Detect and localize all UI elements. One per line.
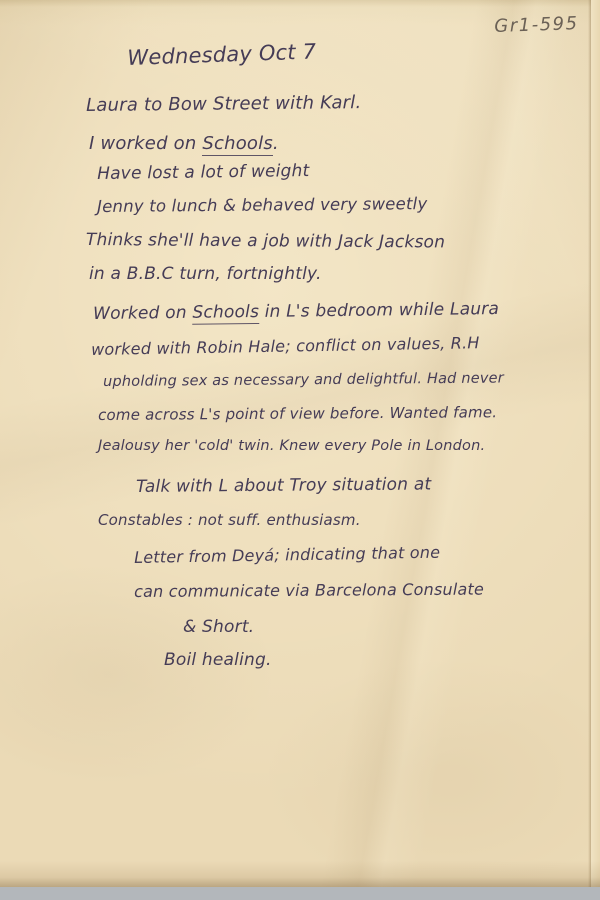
- scanned-diary-page: Gr1-595 Wednesday Oct 7 Laura to Bow Str…: [0, 0, 600, 900]
- scanner-bed-background: [0, 887, 600, 900]
- diary-line: come across L's point of view before. Wa…: [98, 403, 497, 424]
- underlined-word: Schools: [202, 133, 273, 156]
- diary-line: Letter from Deyá; indicating that one: [134, 543, 440, 567]
- diary-line: worked with Robin Hale; conflict on valu…: [91, 333, 480, 359]
- line-text: Worked on: [93, 303, 193, 324]
- paper-right-edge-strip: [591, 0, 600, 887]
- diary-line: in a B.B.C turn, fortnightly.: [89, 264, 322, 284]
- diary-line: Talk with L about Troy situation at: [136, 474, 431, 497]
- diary-line: Jenny to lunch & behaved very sweetly: [97, 194, 427, 216]
- line-text: in L's bedroom while Laura: [259, 299, 499, 322]
- entry-date-heading: Wednesday Oct 7: [127, 39, 317, 70]
- line-text: I worked on: [89, 133, 202, 154]
- underlined-word: Schools: [192, 302, 259, 325]
- archive-reference: Gr1-595: [494, 13, 579, 37]
- diary-line: I worked on Schools.: [89, 133, 279, 154]
- diary-line: Boil healing.: [164, 650, 272, 670]
- diary-line: can communicate via Barcelona Consulate: [134, 580, 484, 601]
- diary-line: Have lost a lot of weight: [97, 161, 310, 184]
- diary-line: Constables : not suff. enthusiasm.: [98, 511, 361, 529]
- diary-line: Jealousy her 'cold' twin. Knew every Pol…: [98, 438, 485, 454]
- diary-line: & Short.: [183, 617, 254, 637]
- diary-line: Laura to Bow Street with Karl.: [86, 92, 361, 116]
- line-text: .: [273, 133, 279, 154]
- diary-line: Worked on Schools in L's bedroom while L…: [93, 299, 499, 324]
- diary-line: upholding sex as necessary and delightfu…: [103, 371, 504, 390]
- diary-line: Thinks she'll have a job with Jack Jacks…: [86, 230, 445, 253]
- paper-sheet: Gr1-595 Wednesday Oct 7 Laura to Bow Str…: [0, 0, 600, 887]
